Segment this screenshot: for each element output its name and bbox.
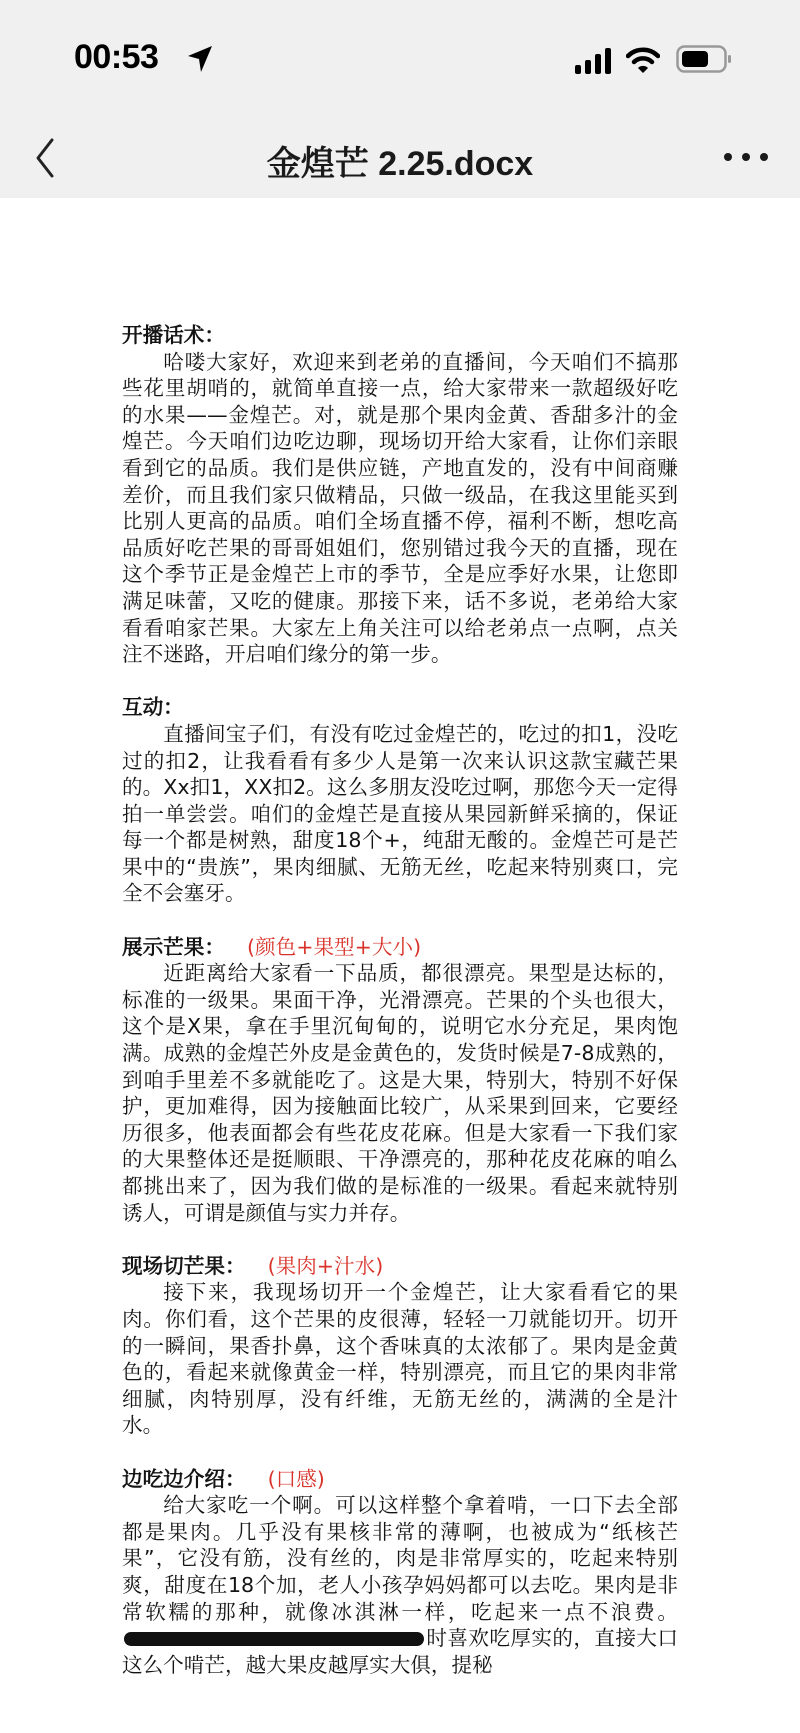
section-note: (口感) [268,1467,325,1491]
heading-text: 现场切芒果： [122,1254,246,1278]
document-content: 开播话术： 哈喽大家好，欢迎来到老弟的直播间，今天咱们不搞那些花里胡哨的，就简单… [122,322,678,1705]
battery-icon [676,44,732,74]
section-body: 哈喽大家好，欢迎来到老弟的直播间，今天咱们不搞那些花里胡哨的，就简单直接一点，给… [122,349,678,668]
heading-text: 开播话术： [122,323,225,347]
body-text: 给大家吃一个啊。可以这样整个拿着啃，一口下去全部都是果肉。几乎没有果核非常的薄啊… [122,1493,678,1623]
location-arrow-icon [186,44,214,74]
section-heading: 边吃边介绍：(口感) [122,1466,678,1493]
ellipsis-dot [760,153,768,161]
top-bar: 00:53 金煌芒 2.25.docx [0,0,800,198]
section-show-mango: 展示芒果：(颜色+果型+大小) 近距离给大家看一下品质，都很漂亮。果型是达标的，… [122,934,678,1227]
more-options-button[interactable] [718,140,778,174]
status-bar: 00:53 [0,0,800,120]
document-page[interactable]: 开播话术： 哈喽大家好，欢迎来到老弟的直播间，今天咱们不搞那些花里胡哨的，就简单… [0,198,800,1733]
section-body: 直播间宝子们，有没有吃过金煌芒的，吃过的扣1，没吃过的扣2，让我看看有多少人是第… [122,721,678,907]
section-heading: 开播话术： [122,322,678,349]
section-heading: 现场切芒果：(果肉+汁水) [122,1253,678,1280]
section-opening-script: 开播话术： 哈喽大家好，欢迎来到老弟的直播间，今天咱们不搞那些花里胡哨的，就简单… [122,322,678,668]
section-body: 接下来，我现场切开一个金煌芒，让大家看看它的果肉。你们看，这个芒果的皮很薄，轻轻… [122,1279,678,1439]
ellipsis-dot [742,153,750,161]
section-note: (颜色+果型+大小) [247,935,421,959]
heading-text: 展示芒果： [122,935,225,959]
wifi-icon [626,46,660,74]
status-time: 00:53 [74,38,158,77]
section-heading: 互动： [122,694,678,721]
heading-text: 互动： [122,695,184,719]
cellular-signal-icon [574,48,614,74]
section-body: 给大家吃一个啊。可以这样整个拿着啃，一口下去全部都是果肉。几乎没有果核非常的薄啊… [122,1492,678,1678]
ellipsis-icon [724,153,732,161]
section-body: 近距离给大家看一下品质，都很漂亮。果型是达标的，标准的一级果。果面干净，光滑漂亮… [122,960,678,1226]
section-interaction: 互动： 直播间宝子们，有没有吃过金煌芒的，吃过的扣1，没吃过的扣2，让我看看有多… [122,694,678,907]
section-cut-mango: 现场切芒果：(果肉+汁水) 接下来，我现场切开一个金煌芒，让大家看看它的果肉。你… [122,1253,678,1439]
redaction-mark [124,1632,424,1646]
heading-text: 边吃边介绍： [122,1467,246,1491]
document-title: 金煌芒 2.25.docx [0,136,800,185]
nav-bar: 金煌芒 2.25.docx [0,120,800,198]
section-eat-and-introduce: 边吃边介绍：(口感) 给大家吃一个啊。可以这样整个拿着啃，一口下去全部都是果肉。… [122,1466,678,1679]
section-note: (果肉+汁水) [268,1254,384,1278]
section-heading: 展示芒果：(颜色+果型+大小) [122,934,678,961]
